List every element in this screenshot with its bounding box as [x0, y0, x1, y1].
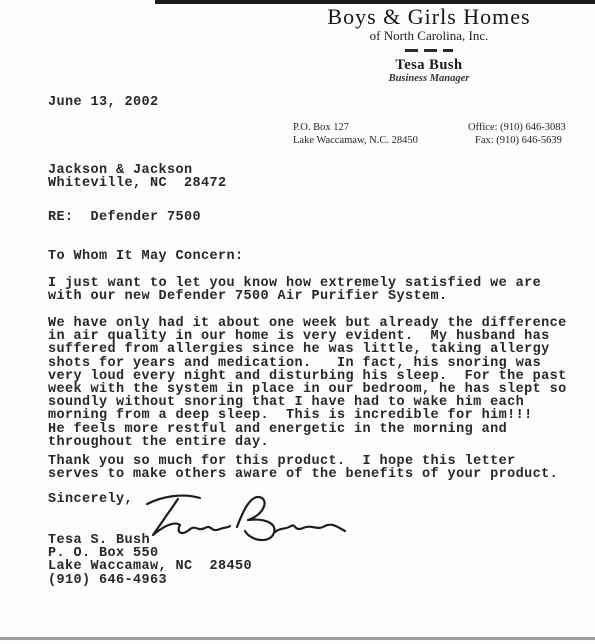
scanned-letter-page: Boys & Girls Homes of North Carolina, In…: [0, 0, 595, 644]
recipient-address: Jackson & Jackson Whiteville, NC 28472: [48, 164, 227, 190]
letterhead-city-line: Lake Waccamaw, N.C. 28450: [293, 135, 418, 148]
letterhead-office-phone: Office: (910) 646-3083: [468, 122, 566, 135]
letter-date: June 13, 2002: [48, 96, 159, 109]
letterhead-fax-phone: Fax: (910) 646-5639: [475, 135, 566, 148]
letterhead-divider: [405, 49, 453, 52]
letterhead-po-box: P.O. Box 127: [293, 122, 418, 135]
body-paragraph-1: I just want to let you know how extremel…: [48, 277, 541, 303]
sender-signature-block: Tesa S. Bush P. O. Box 550 Lake Waccamaw…: [48, 534, 252, 587]
letterhead-phones: Office: (910) 646-3083 Fax: (910) 646-56…: [468, 122, 566, 147]
body-paragraph-2: We have only had it about one week but a…: [48, 317, 567, 449]
salutation: To Whom It May Concern:: [48, 250, 244, 263]
bottom-border-rule: [0, 637, 595, 640]
re-subject-line: RE: Defender 7500: [48, 211, 201, 224]
letterhead: Boys & Girls Homes of North Carolina, In…: [279, 5, 579, 85]
letterhead-contact-title: Business Manager: [279, 73, 579, 85]
organization-name: Boys & Girls Homes: [279, 5, 579, 29]
closing-sincerely: Sincerely,: [48, 493, 133, 506]
organization-subtitle: of North Carolina, Inc.: [279, 29, 579, 43]
letterhead-contact-name: Tesa Bush: [279, 58, 579, 73]
letterhead-address: P.O. Box 127 Lake Waccamaw, N.C. 28450: [293, 122, 418, 147]
body-paragraph-3: Thank you so much for this product. I ho…: [48, 455, 558, 481]
